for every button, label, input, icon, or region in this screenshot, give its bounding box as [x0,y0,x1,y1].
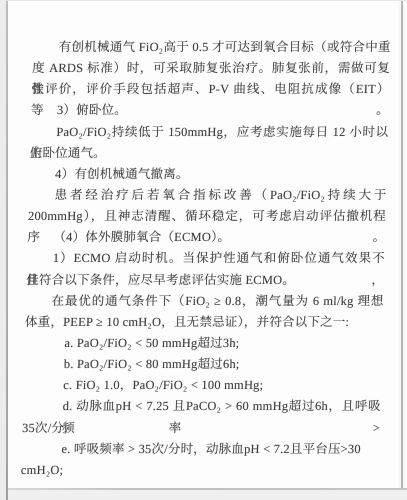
text-line: 患者经治疗后若氧合指标改善（PaO₂/FiO₂持续大于 [28,185,387,206]
text-line: PaO₂/FiO₂持续低于 150mmHg，应考虑实施每日 12 小时以上 [30,122,389,143]
text-line-item-d: d. 动脉血pH < 7.25 且PaCO₂ > 60 mmHg超过6h，且呼吸… [22,396,381,417]
scanned-page: 有创机械通气 FiO₂高于 0.5 才可达到氧合目标（或符合中重 度 ARDS … [0,0,407,500]
text-line: 有创机械通气 FiO₂高于 0.5 才可达到氧合目标（或符合中重 [32,37,391,58]
text-line: 度 ARDS 标准）时，可采取肺复张治疗。肺复张前，需做可复张 [32,58,391,79]
text-line-item-b: b. PaO₂/FiO₂ < 80 mmHg超过6h; [24,354,383,375]
text-line: 俯卧位通气。 [29,143,388,164]
text-line: cmH₂O; [21,460,380,481]
text-line: 4）有创机械通气撤离。 [29,164,388,185]
page-top-edge-line [6,0,407,1]
text-line: 性评价，评价手段包括超声、P-V 曲线、电阻抗成像（EIT）等。 [31,79,390,100]
page-right-edge-line [401,0,403,500]
text-line-item-c: c. FiO₂ 1.0，PaO₂/FiO₂ < 100 mmHg; [23,375,382,396]
text-line-item-e: e. 呼吸频率 > 35次/分时，动脉血pH < 7.2且平台压>30 [21,439,380,460]
page-left-edge-line [6,0,8,500]
text-line: 在最优的通气条件下（FiO₂ ≥ 0.8，潮气量为 6 ml/kg 理想 [25,291,384,312]
text-line: 1）ECMO 启动时机。当保护性通气和俯卧位通气效果不佳， [27,248,386,269]
text-line: 200mmHg），且神志清醒、循环稳定，可考虑启动评估撤机程序。 [28,206,387,227]
document-text: 有创机械通气 FiO₂高于 0.5 才可达到氧合目标（或符合中重 度 ARDS … [21,37,391,481]
text-line-item-a: a. PaO₂/FiO₂ < 50 mmHg超过3h; [24,333,383,354]
text-line: 体重，PEEP ≥ 10 cmH₂O，且无禁忌证），并符合以下之一: [25,312,384,333]
page-bottom-shade [8,490,407,500]
